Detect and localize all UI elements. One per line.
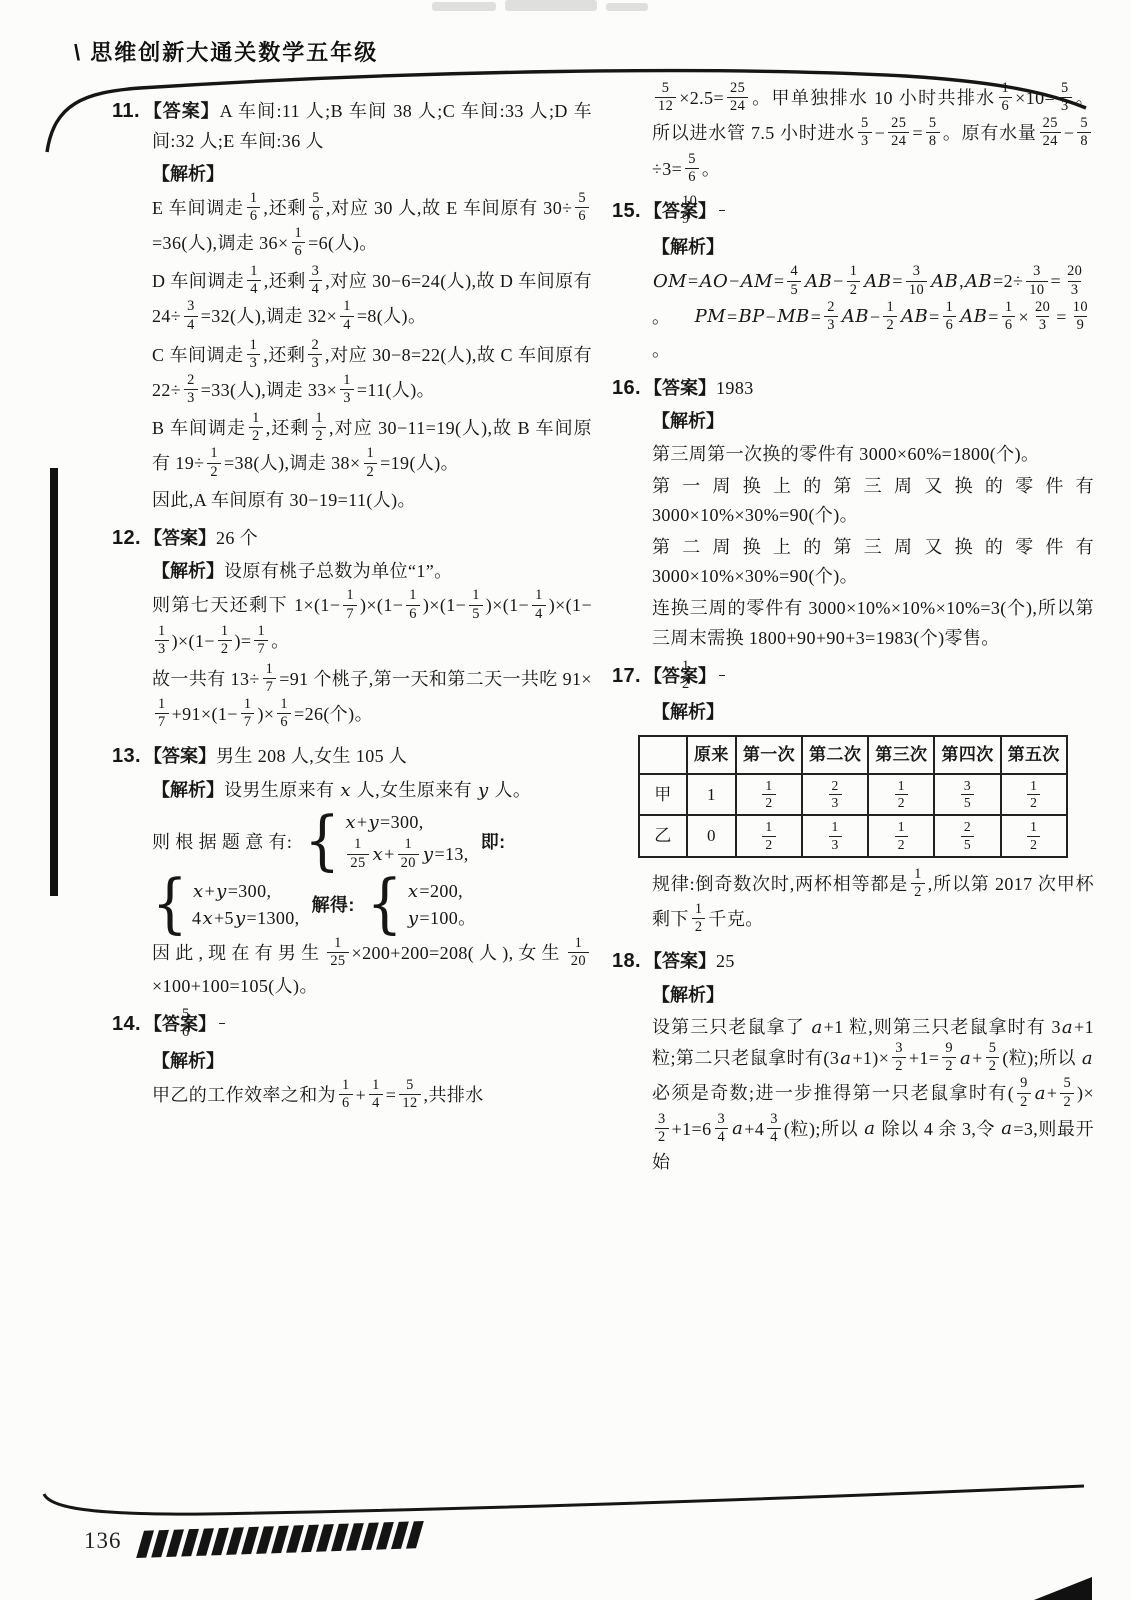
problem-head: 15.【答案】109 xyxy=(652,195,1094,231)
fraction-denominator: 2 xyxy=(207,463,221,480)
problem-head: 18.【答案】25 xyxy=(652,945,1094,977)
fraction-denominator: 6 xyxy=(406,605,420,622)
text-run: )× xyxy=(1077,1083,1094,1103)
math-variable: x xyxy=(192,881,205,902)
fraction: 12 xyxy=(312,411,326,444)
fraction: 12 xyxy=(883,300,897,333)
math-variable: a xyxy=(810,1017,823,1038)
fraction-numerator: 5 xyxy=(659,81,673,97)
math-variable: a xyxy=(1081,1048,1094,1069)
text-run: + xyxy=(384,844,395,864)
fraction-numerator: 25 xyxy=(1040,116,1061,132)
page-title: \ 思维创新大通关数学五年级 xyxy=(74,36,378,67)
fraction: 12 xyxy=(207,446,221,479)
math-variable: a xyxy=(959,1048,972,1069)
fraction-numerator: 1 xyxy=(247,191,261,207)
text-run: B 车间调走 xyxy=(152,418,246,438)
fraction-numerator: 3 xyxy=(910,264,924,280)
math-variable: AB xyxy=(959,306,988,327)
math-variable: y xyxy=(422,844,435,865)
math-variable: x xyxy=(201,908,214,929)
text-run: + xyxy=(1047,1083,1058,1103)
fraction-numerator: 1 xyxy=(254,624,268,640)
text-run: (粒);所以 xyxy=(784,1118,863,1138)
fraction-denominator: 3 xyxy=(829,794,842,810)
fraction-denominator: 3 xyxy=(829,836,842,852)
fraction-denominator: 2 xyxy=(218,640,232,657)
fraction: 58 xyxy=(1077,116,1091,149)
equation-system: 则 根 据 题 意 有:{x+y=300,125x+120y=13,即: xyxy=(152,811,592,874)
math-variable: y xyxy=(215,881,228,902)
table-cell: 12 xyxy=(1001,815,1067,857)
answer-label: 【答案】 xyxy=(143,101,220,121)
fraction-numerator: 1 xyxy=(331,936,345,952)
fraction-denominator: 2 xyxy=(762,836,775,852)
answer-label: 【答案】 xyxy=(644,951,716,971)
equation-cases: {x=200,y=100。 xyxy=(367,880,477,931)
fraction-numerator: 1 xyxy=(719,659,725,675)
fraction-denominator: 2 xyxy=(1017,1093,1031,1110)
text-run: )×(1− xyxy=(423,595,466,615)
math-variable: AB xyxy=(841,306,870,327)
table-row: 甲11223123512 xyxy=(639,774,1067,816)
math-variable: y xyxy=(407,908,420,929)
fraction-denominator: 7 xyxy=(155,713,169,730)
fraction-numerator: 3 xyxy=(767,1112,781,1128)
math-variable: AB xyxy=(930,271,959,292)
table-header-cell: 第四次 xyxy=(934,736,1000,774)
math-variable: a xyxy=(1000,1118,1013,1139)
fraction-denominator: 4 xyxy=(309,280,323,297)
text-run: − xyxy=(1064,123,1075,143)
fraction: 56 xyxy=(685,152,699,185)
answer-label: 【答案】 xyxy=(644,378,716,398)
column-left: 11.【答案】A 车间:11 人;B 车间 38 人;C 车间:33 人;D 车… xyxy=(112,88,592,1117)
analysis-line: 【解析】 xyxy=(652,407,1094,436)
equation-column: x=200,y=100。 xyxy=(407,880,477,931)
table-header-cell: 原来 xyxy=(687,736,736,774)
solution-paragraph: 则第七天还剩下 1×(1−17)×(1−16)×(1−15)×(1−14)×(1… xyxy=(152,589,592,660)
fraction-denominator: 6 xyxy=(1002,316,1016,333)
fraction-denominator: 6 xyxy=(309,207,323,224)
fraction-numerator: 3 xyxy=(1030,264,1044,280)
fraction: 23 xyxy=(308,338,322,371)
fraction: 56 xyxy=(575,191,589,224)
text-run: +5 xyxy=(214,908,234,928)
text-run: ,还剩 xyxy=(263,344,305,364)
fraction-denominator: 2 xyxy=(249,427,263,444)
text-run: 人。 xyxy=(490,780,532,800)
table-header-cell: 第三次 xyxy=(868,736,934,774)
text-run: = xyxy=(386,1085,397,1105)
fraction-numerator: 1 xyxy=(911,867,925,883)
fraction-numerator: 5 xyxy=(1077,116,1091,132)
fraction: 17 xyxy=(241,697,255,730)
fraction: 14 xyxy=(532,588,546,621)
text-run: − xyxy=(766,306,777,326)
problem-number: 18. xyxy=(612,950,641,972)
fraction-denominator: 2 xyxy=(895,794,908,810)
math-variable: a xyxy=(1034,1083,1047,1104)
fraction-denominator: 6 xyxy=(999,97,1013,114)
text-run: ,还剩 xyxy=(264,271,306,291)
text-run: 甲乙的工作效率之和为 xyxy=(152,1085,336,1105)
table-cell: 12 xyxy=(1001,774,1067,816)
text-run: = xyxy=(929,306,940,326)
fraction-denominator: 5 xyxy=(961,794,974,810)
fraction: 56 xyxy=(309,191,323,224)
analysis-line: 【解析】 xyxy=(652,698,1094,727)
text-run: = xyxy=(988,306,999,326)
fraction-numerator: 1 xyxy=(292,226,306,242)
fraction: 45 xyxy=(787,264,801,297)
analysis-label: 【解析】 xyxy=(152,1051,224,1071)
fraction-numerator: 1 xyxy=(155,697,169,713)
text-run: =11(人)。 xyxy=(357,380,435,400)
fraction: 58 xyxy=(926,116,940,149)
fraction-numerator: 1 xyxy=(762,779,775,794)
text-run: =19(人)。 xyxy=(380,453,459,473)
equation-line: 4x+5y=1300, xyxy=(192,907,300,931)
answer-label: 【答案】 xyxy=(144,1014,216,1034)
fraction: 109 xyxy=(1070,300,1091,333)
text-run: +1 粒,则第三只老鼠拿时有 3 xyxy=(824,1017,1061,1037)
text-run: 。原有水量 xyxy=(943,123,1037,143)
math-variable: a xyxy=(1061,1017,1074,1038)
fraction-denominator: 8 xyxy=(1077,132,1091,149)
text-run: =13, xyxy=(434,844,468,864)
fraction-denominator: 3 xyxy=(155,640,169,657)
table-cell: 12 xyxy=(868,774,934,816)
fraction: 203 xyxy=(1064,264,1085,297)
equation-cases: {x+y=300,125x+120y=13, xyxy=(304,811,468,874)
solution-table: 原来第一次第二次第三次第四次第五次甲11223123512乙0121312251… xyxy=(638,735,1068,858)
fraction: 12 xyxy=(692,902,706,935)
math-variable: y xyxy=(234,908,247,929)
fraction-numerator: 1 xyxy=(247,264,261,280)
solution-paragraph: 因此,现在有男生125×200+200=208(人),女生120×100+100… xyxy=(152,937,592,1001)
text-run: =2÷ xyxy=(993,271,1023,291)
fraction-numerator: 1 xyxy=(340,299,354,315)
fraction: 2524 xyxy=(727,81,748,114)
fraction-numerator: 3 xyxy=(184,299,198,315)
text-run: =91 个桃子,第一天和第二天一共吃 91× xyxy=(279,669,592,689)
math-variable: x xyxy=(372,844,385,865)
fraction-numerator: 25 xyxy=(888,116,909,132)
text-run: =8(人)。 xyxy=(357,306,427,326)
text-run: 千克。 xyxy=(708,909,763,929)
problem-head: 14.【答案】56 xyxy=(152,1008,592,1044)
fraction-numerator: 1 xyxy=(469,588,483,604)
fraction-numerator: 3 xyxy=(655,1112,669,1128)
math-variable: x xyxy=(344,812,357,833)
fraction: 310 xyxy=(906,264,927,297)
fraction-denominator: 6 xyxy=(292,242,306,259)
fraction: 15 xyxy=(469,588,483,621)
text-run: ×10= xyxy=(1015,88,1055,108)
fraction: 12 xyxy=(218,624,232,657)
analysis-label: 【解析】 xyxy=(652,237,724,257)
system-brace: { xyxy=(152,876,188,934)
fraction-denominator: 3 xyxy=(824,316,838,333)
answer-text: 男生 208 人,女生 105 人 xyxy=(216,746,407,766)
fraction-numerator: 2 xyxy=(829,779,842,794)
text-run: +4 xyxy=(744,1118,764,1138)
fraction-numerator: 5 xyxy=(858,116,872,132)
fraction-denominator: 3 xyxy=(247,354,261,371)
text-run: = xyxy=(727,306,738,326)
text-run: 除以 4 余 3,令 xyxy=(876,1118,1000,1138)
fraction-numerator: 5 xyxy=(1060,1076,1074,1092)
page-number: 136 xyxy=(84,1528,122,1554)
fraction: 52 xyxy=(1060,1076,1074,1109)
fraction: 13 xyxy=(829,820,842,852)
text-run: = xyxy=(811,306,822,326)
fraction: 12 xyxy=(762,820,775,852)
fraction-denominator: 12 xyxy=(655,97,676,114)
fraction-numerator: 1 xyxy=(207,446,221,462)
solution-paragraph: 甲乙的工作效率之和为16+14=512,共排水 xyxy=(152,1079,592,1114)
analysis-label: 【解析】 xyxy=(652,985,724,1005)
text-run: )×(1− xyxy=(360,595,403,615)
fraction-denominator: 3 xyxy=(308,354,322,371)
math-variable: AB xyxy=(804,271,833,292)
fraction: 12 xyxy=(249,411,263,444)
fraction-numerator: 2 xyxy=(824,300,838,316)
math-variable: MB xyxy=(776,306,810,327)
solution-paragraph: 512×2.5=2524。甲单独排水 10 小时共排水16×10=53。所以进水… xyxy=(652,82,1094,188)
text-run: +1)× xyxy=(852,1048,889,1068)
fraction: 12 xyxy=(1027,779,1040,811)
fraction-numerator: 1 xyxy=(692,902,706,918)
fraction-denominator: 2 xyxy=(1027,794,1040,810)
fraction-numerator: 2 xyxy=(308,338,322,354)
footer-stripe xyxy=(406,1521,424,1549)
fraction: 120 xyxy=(398,837,419,870)
fraction-denominator: 10 xyxy=(906,281,927,298)
fraction: 52 xyxy=(986,1041,1000,1074)
text-run: =36(人),调走 36× xyxy=(152,233,289,253)
solution-paragraph: 第一周换上的第三周又换的零件有 3000×10%×30%=90(个)。 xyxy=(652,472,1094,530)
equation-line: x+y=300, xyxy=(192,880,271,904)
fraction: 16 xyxy=(292,226,306,259)
fraction: 2524 xyxy=(1040,116,1061,149)
fraction-denominator: 7 xyxy=(263,678,277,695)
analysis-label: 【解析】 xyxy=(652,411,724,431)
text-run: )×(1− xyxy=(486,595,529,615)
system-mid-label: 解得: xyxy=(312,891,355,920)
fraction: 32 xyxy=(892,1041,906,1074)
fraction-numerator: 1 xyxy=(351,837,365,853)
table-cell: 13 xyxy=(802,815,868,857)
fraction-denominator: 25 xyxy=(327,952,348,969)
fraction-numerator: 1 xyxy=(829,820,842,835)
bottom-border-line xyxy=(44,1486,1084,1514)
answer-label: 【答案】 xyxy=(144,746,216,766)
text-run: 必须是奇数;进一步推得第一只老鼠拿时有( xyxy=(652,1083,1014,1103)
math-variable: y xyxy=(477,780,490,801)
fraction-numerator: 1 xyxy=(249,411,263,427)
fraction-numerator: 9 xyxy=(1017,1076,1031,1092)
fraction-numerator: 1 xyxy=(312,411,326,427)
fraction: 512 xyxy=(655,81,676,114)
fraction-denominator: 2 xyxy=(655,1128,669,1145)
fraction-numerator: 1 xyxy=(1002,300,1016,316)
fraction-denominator: 4 xyxy=(532,605,546,622)
text-run: = xyxy=(774,271,785,291)
answer-text: 56 xyxy=(216,1014,228,1034)
text-run: ×100+100=105(人)。 xyxy=(152,976,318,996)
fraction-denominator: 3 xyxy=(1058,97,1072,114)
fraction-denominator: 4 xyxy=(340,316,354,333)
fraction: 17 xyxy=(263,662,277,695)
answer-text: 12 xyxy=(716,666,728,686)
fraction: 2524 xyxy=(888,116,909,149)
fraction: 16 xyxy=(277,697,291,730)
text-run: ×2.5= xyxy=(679,88,724,108)
fraction-numerator: 1 xyxy=(340,373,354,389)
text-run: × xyxy=(1018,306,1029,326)
math-variable: x xyxy=(407,881,420,902)
fraction: 12 xyxy=(847,264,861,297)
fraction-denominator: 7 xyxy=(241,713,255,730)
fraction: 23 xyxy=(824,300,838,333)
text-run: =33(人),调走 33× xyxy=(201,380,338,400)
fraction-numerator: 5 xyxy=(986,1041,1000,1057)
fraction-denominator: 3 xyxy=(184,389,198,406)
text-run: 。甲单独排水 10 小时共排水 xyxy=(751,88,995,108)
text-run: − xyxy=(729,271,740,291)
fraction: 12 xyxy=(911,867,925,900)
fraction: 35 xyxy=(961,779,974,811)
problem-number: 12. xyxy=(112,527,141,549)
answer-label: 【答案】 xyxy=(144,528,216,548)
math-variable: x xyxy=(339,780,352,801)
text-run: 故一共有 13÷ xyxy=(152,669,260,689)
solution-paragraph: B 车间调走12,还剩12,对应 30−11=19(人),故 B 车间原有 19… xyxy=(152,412,592,483)
fraction-denominator: 12 xyxy=(399,1094,420,1111)
problem-number: 11. xyxy=(112,100,140,122)
fraction-numerator: 2 xyxy=(961,820,974,835)
fraction-numerator: 20 xyxy=(1032,300,1053,316)
text-run: 设原有桃子总数为单位“1”。 xyxy=(224,561,453,581)
text-run: = xyxy=(892,271,903,291)
solution-paragraph: D 车间调走14,还剩34,对应 30−6=24(人),故 D 车间原有 24÷… xyxy=(152,265,592,336)
text-run: =26(个)。 xyxy=(294,704,373,724)
problem-head: 11.【答案】A 车间:11 人;B 车间 38 人;C 车间:33 人;D 车… xyxy=(152,95,592,157)
analysis-label: 【解析】 xyxy=(152,561,224,581)
fraction: 23 xyxy=(829,779,842,811)
answer-text: 109 xyxy=(716,201,728,221)
fraction-numerator: 1 xyxy=(1027,820,1040,835)
fraction-numerator: 1 xyxy=(369,1078,383,1094)
table-cell: 12 xyxy=(868,815,934,857)
fraction-denominator: 6 xyxy=(575,207,589,224)
text-run: 设第三只老鼠拿了 xyxy=(652,1017,810,1037)
table-cell: 35 xyxy=(934,774,1000,816)
fraction-numerator: 1 xyxy=(762,820,775,835)
fraction-denominator: 5 xyxy=(961,836,974,852)
text-run: − xyxy=(833,271,844,291)
text-run: ,对应 30 人,故 E 车间原有 30÷ xyxy=(326,197,573,217)
fraction-numerator: 10 xyxy=(1070,300,1091,316)
fraction: 16 xyxy=(406,588,420,621)
fraction-numerator: 1 xyxy=(532,588,546,604)
analysis-line: 【解析】 xyxy=(152,1047,592,1076)
fraction-numerator: 1 xyxy=(943,300,957,316)
fraction-numerator: 1 xyxy=(364,446,378,462)
fraction-numerator: 1 xyxy=(401,837,415,853)
analysis-paragraph: 【解析】设男生原来有 x 人,女生原来有 y 人。 xyxy=(152,776,592,805)
problem-head: 13.【答案】男生 208 人,女生 105 人 xyxy=(152,740,592,772)
fraction-numerator: 5 xyxy=(403,1078,417,1094)
text-run: ,共排水 xyxy=(424,1085,484,1105)
text-run: D 车间调走 xyxy=(152,271,244,291)
fraction-denominator: 6 xyxy=(339,1094,353,1111)
fraction-numerator: 5 xyxy=(685,152,699,168)
fraction: 12 xyxy=(719,659,725,692)
analysis-line: 【解析】 xyxy=(152,160,592,189)
text-run: C 车间调走 xyxy=(152,344,244,364)
solution-paragraph: 故一共有 13÷17=91 个桃子,第一天和第二天一共吃 91×17+91×(1… xyxy=(152,663,592,734)
table-header-cell xyxy=(639,736,687,774)
fraction-denominator: 2 xyxy=(692,918,706,935)
fraction: 17 xyxy=(254,624,268,657)
fraction-denominator: 4 xyxy=(715,1128,729,1145)
fraction: 92 xyxy=(1017,1076,1031,1109)
fraction-denominator: 3 xyxy=(1068,281,1082,298)
fraction: 109 xyxy=(719,194,725,227)
scan-artifact xyxy=(432,2,496,11)
fraction-denominator: 4 xyxy=(184,316,198,333)
fraction-denominator: 2 xyxy=(847,281,861,298)
text-run: = xyxy=(688,271,699,291)
analysis-label: 【解析】 xyxy=(652,702,724,722)
math-variable: BP xyxy=(738,306,766,327)
table-cell: 25 xyxy=(934,815,1000,857)
table-header-row: 原来第一次第二次第三次第四次第五次 xyxy=(639,736,1067,774)
fraction-numerator: 5 xyxy=(219,1007,225,1023)
fraction-numerator: 1 xyxy=(883,300,897,316)
text-run: ,还剩 xyxy=(266,418,310,438)
math-variable: a xyxy=(839,1048,852,1069)
text-run: )= xyxy=(235,630,252,650)
problem-number: 16. xyxy=(612,377,641,399)
fraction-numerator: 1 xyxy=(277,697,291,713)
fraction: 23 xyxy=(184,373,198,406)
answer-label: 【答案】 xyxy=(644,666,716,686)
answer-text: 26 个 xyxy=(216,528,258,548)
fraction-denominator: 2 xyxy=(942,1057,956,1074)
fraction: 12 xyxy=(364,446,378,479)
fraction-denominator: 6 xyxy=(277,713,291,730)
fraction: 53 xyxy=(858,116,872,149)
solution-paragraph: 第三周第一次换的零件有 3000×60%=1800(个)。 xyxy=(652,440,1094,469)
fraction: 310 xyxy=(1026,264,1047,297)
text-run: +1= xyxy=(909,1048,940,1068)
problem-head: 12.【答案】26 个 xyxy=(152,522,592,554)
text-run: =300, xyxy=(380,812,424,832)
fraction-denominator: 10 xyxy=(1026,281,1047,298)
fraction-denominator: 24 xyxy=(888,132,909,149)
fraction-denominator: 2 xyxy=(883,316,897,333)
math-variable: a xyxy=(863,1118,876,1139)
fraction: 34 xyxy=(309,264,323,297)
fraction-denominator: 25 xyxy=(347,854,368,871)
equation-cases: {x+y=300,4x+5y=1300, xyxy=(152,880,300,931)
fraction-numerator: 1 xyxy=(247,338,261,354)
text-run: 则第七天还剩下 1×(1− xyxy=(152,595,340,615)
